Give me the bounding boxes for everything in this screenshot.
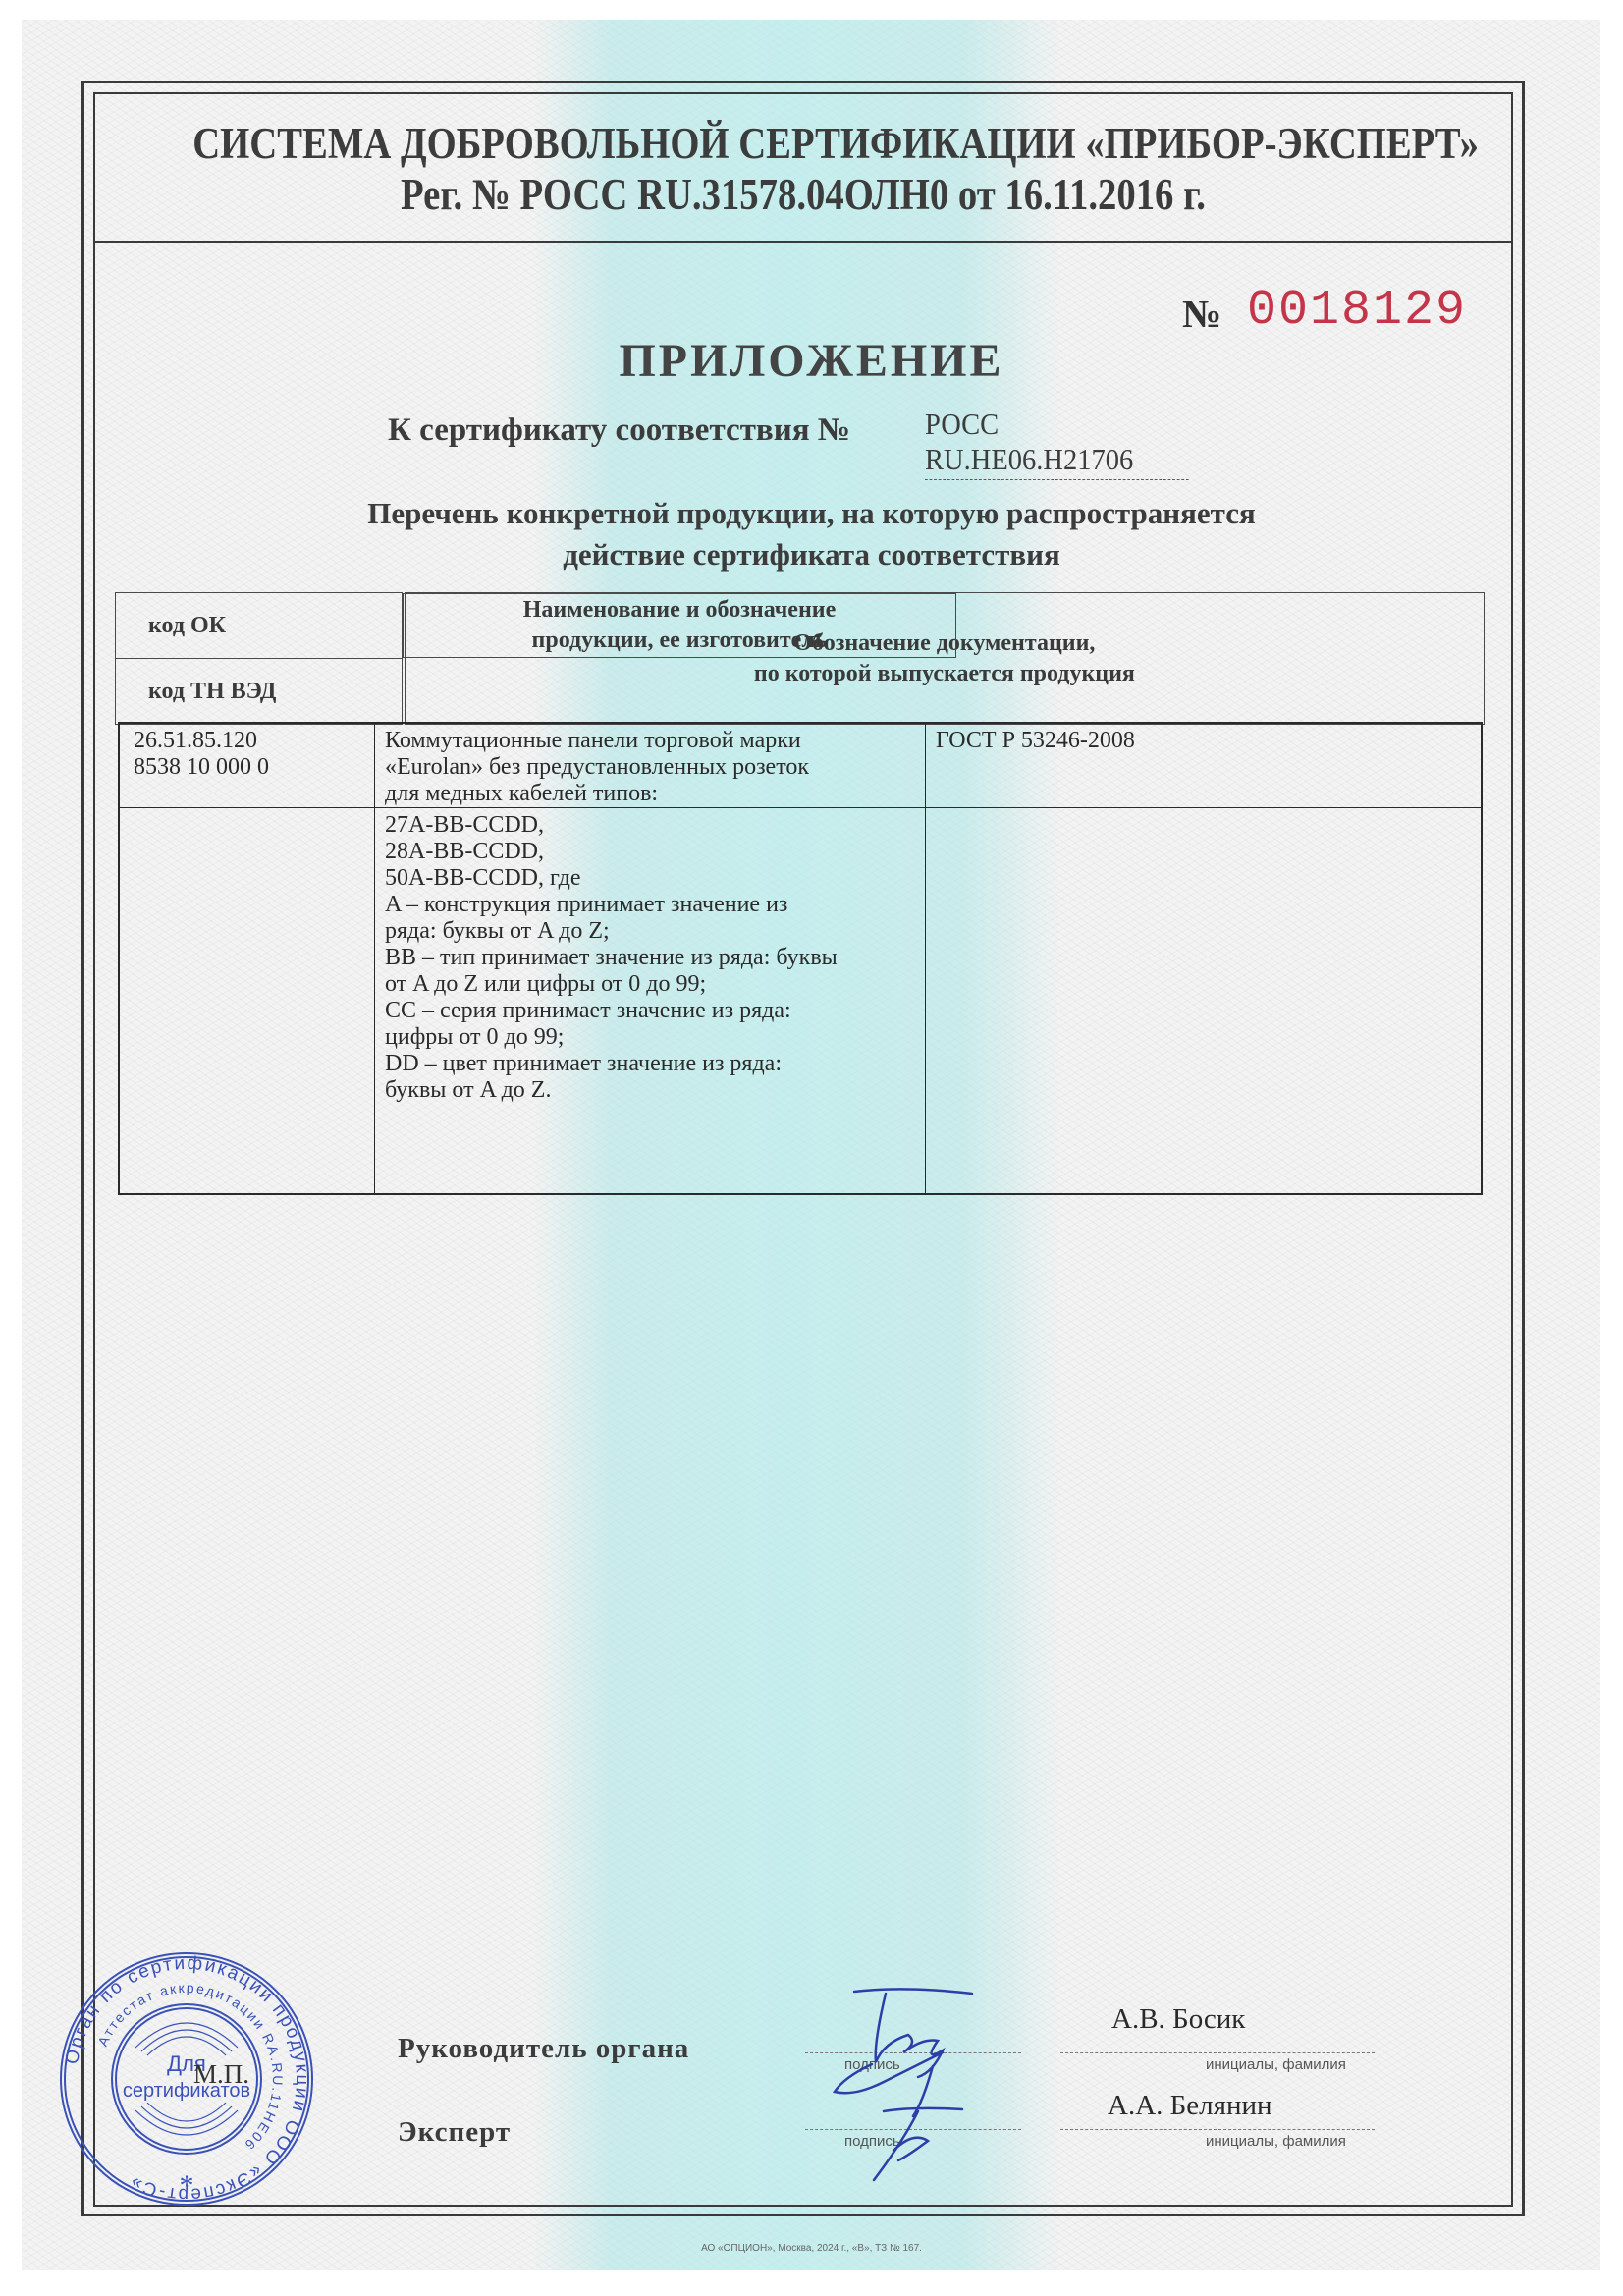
expert-name: А.А. Белянин — [1108, 2090, 1272, 2122]
cell-product-name: 27A-BB-CCDD, 28A-BB-CCDD, 50A-BB-CCDD, г… — [375, 808, 926, 1195]
products-table-header: код ОК Наименование и обозначение продук… — [115, 592, 1485, 725]
table-row: 27A-BB-CCDD, 28A-BB-CCDD, 50A-BB-CCDD, г… — [119, 808, 1482, 1195]
head-role: Руководитель органа — [398, 2033, 689, 2065]
table-row: 26.51.85.120 8538 10 000 0 Коммутационны… — [119, 723, 1482, 808]
header-code-tnved: код ТН ВЭД — [116, 659, 403, 725]
head-name-line — [1060, 2052, 1375, 2054]
expert-name-line — [1060, 2129, 1375, 2131]
header-code-ok: код ОК — [116, 593, 403, 659]
cell-codes: 26.51.85.120 8538 10 000 0 — [119, 723, 375, 808]
expert-role: Эксперт — [398, 2116, 511, 2149]
header-divider — [93, 241, 1513, 243]
svg-text:*: * — [180, 2169, 194, 2202]
list-title-line-1: Перечень конкретной продукции, на котору… — [0, 493, 1623, 534]
printer-imprint: АО «ОПЦИОН», Москва, 2024 г., «В», ТЗ № … — [0, 2243, 1623, 2254]
registration-number: Рег. № РОСС RU.31578.04ОЛН0 от 16.11.201… — [192, 169, 1414, 220]
certificate-number: РОСС RU.HE06.H21706 — [925, 407, 1189, 480]
expert-name-caption: инициалы, фамилия — [1206, 2133, 1346, 2150]
certificate-label: К сертификату соответствия № — [388, 412, 850, 449]
cell-codes — [119, 808, 375, 1195]
form-number: 0018129 — [1247, 283, 1467, 339]
cell-documentation — [926, 808, 1483, 1195]
cell-documentation: ГОСТ Р 53246-2008 — [926, 723, 1483, 808]
head-name-caption: инициалы, фамилия — [1206, 2056, 1346, 2073]
cell-product-name: Коммутационные панели торговой марки «Eu… — [375, 723, 926, 808]
page-title: ПРИЛОЖЕНИЕ — [0, 334, 1623, 388]
products-table: 26.51.85.120 8538 10 000 0 Коммутационны… — [118, 722, 1483, 1195]
stamp-place-label: М.П. — [193, 2059, 249, 2090]
handwritten-signature-icon — [815, 1984, 1011, 2190]
form-number-label: № — [1182, 291, 1221, 337]
list-title: Перечень конкретной продукции, на котору… — [0, 493, 1623, 575]
header-product-name: Наименование и обозначение продукции, ее… — [403, 593, 956, 658]
list-title-line-2: действие сертификата соответствия — [0, 534, 1623, 575]
head-name: А.В. Босик — [1111, 2003, 1245, 2036]
system-title: СИСТЕМА ДОБРОВОЛЬНОЙ СЕРТИФИКАЦИИ «ПРИБО… — [192, 118, 1414, 169]
seal-stamp-icon: Орган по сертификации продукции ООО «Экс… — [57, 1949, 316, 2209]
